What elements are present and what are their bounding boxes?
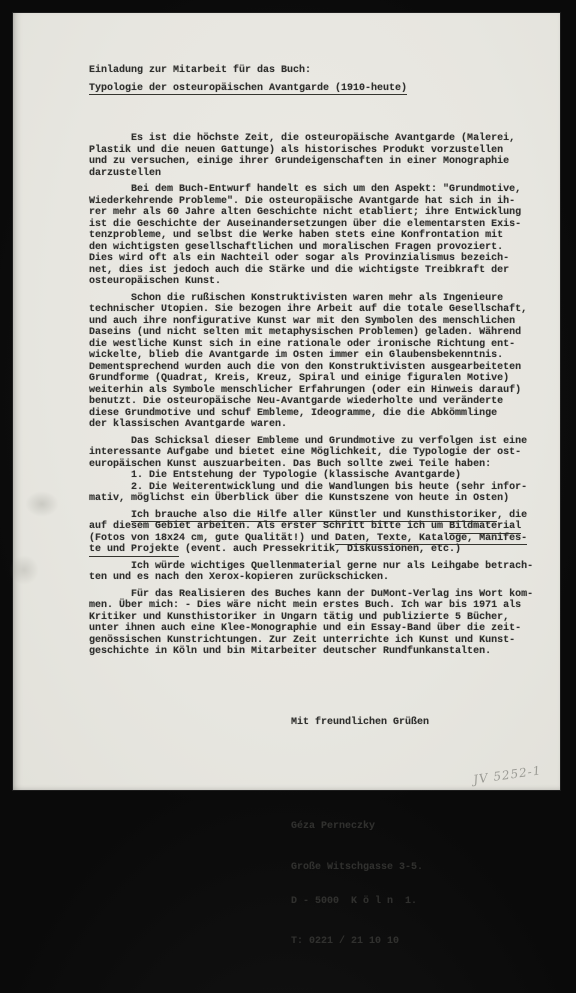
text-segment: Schon die rußischen Konstruktivisten war… [89,293,503,304]
text-line: Bei dem Buch-Entwurf handelt es sich um … [89,184,542,196]
text-line: benutzt. Die osteuropäische Neu-Avantgar… [89,396,542,408]
text-line: und auch ihre nonfigurative Kunst war mi… [89,316,542,328]
text-segment: Dies wird oft als ein Nachteil oder soga… [89,253,509,264]
text-line: Das Schicksal dieser Embleme und Grundmo… [89,436,542,448]
underlined-text: Bildmaterial [449,521,521,534]
text-segment: den wichtigsten gesellschaftlichen und m… [89,242,503,253]
paragraph: Es ist die höchste Zeit, die osteuropäis… [89,133,542,179]
text-line: rer mehr als 60 Jahre alten Geschichte n… [89,207,542,219]
text-segment: und zu versuchen, einige ihrer Grundeige… [89,156,509,167]
text-line: geschichte in Köln und bin Mitarbeiter d… [89,646,542,658]
text-line: weiterhin als Symbole menschlicher Erfah… [89,385,542,397]
text-segment: (event. auch Pressekritik, Diskussionen,… [179,544,461,555]
text-line: genössischen Kunstrichtungen. Zur Zeit u… [89,635,542,647]
text-segment: europäischen Kunst auszuarbeiten. Das Bu… [89,459,491,470]
text-line: Dies wird oft als ein Nachteil oder soga… [89,253,542,265]
text-segment: ten und es nach den Xerox-kopieren zurüc… [89,572,389,583]
text-segment: , die [497,510,527,521]
text-line: darzustellen [89,168,542,180]
text-segment: diese Grundmotive und schuf Embleme, Ide… [89,408,497,419]
text-line: Typologie der osteuropäischen Avantgarde… [89,83,542,95]
text-line: technischer Utopien. Sie bezogen ihre Ar… [89,304,542,316]
text-segment: Daseins (und nicht selten mit metaphysis… [89,327,521,338]
text-segment: auf diesem Gebiet arbeiten. Als erster S… [89,521,449,532]
text-line: net, dies ist jedoch auch die Stärke und… [89,265,542,277]
typewritten-content: Einladung zur Mitarbeit für das Buch:Typ… [89,42,542,800]
text-segment: Plastik und die neuen Gattunge) als hist… [89,145,503,156]
text-segment: Grundforme (Quadrat, Kreis, Kreuz, Spira… [89,373,509,384]
text-line: unter ihnen auch eine Klee-Monographie u… [89,623,542,635]
text-line: diese Grundmotive und schuf Embleme, Ide… [89,408,542,420]
text-segment: net, dies ist jedoch auch die Stärke und… [89,265,509,276]
paragraph: Das Schicksal dieser Embleme und Grundmo… [89,436,542,505]
text-line: interessante Aufgabe und bietet eine Mög… [89,447,542,459]
text-line: Dementsprechend wurden auch die von den … [89,362,542,374]
text-segment: interessante Aufgabe und bietet eine Mög… [89,447,521,458]
text-line: Einladung zur Mitarbeit für das Buch: [89,65,542,77]
document-body: Es ist die höchste Zeit, die osteuropäis… [89,133,542,658]
scan-background: { "document": { "header_lines": [ [ {"t"… [0,0,576,800]
text-segment: darzustellen [89,168,161,179]
text-line: 2. Die Weiterentwicklung und die Wandlun… [89,482,542,494]
text-line: Es ist die höchste Zeit, die osteuropäis… [89,133,542,145]
paragraph: Ich brauche also die Hilfe aller Künstle… [89,510,542,556]
text-segment: mativ, möglichst ein Überblick über die … [89,493,509,504]
text-segment: Für das Realisieren des Buches kann der … [89,589,533,600]
text-segment: men. Über mich: - Dies wäre nicht mein e… [89,600,521,611]
text-line: der klassischen Avantgarde waren. [89,419,542,431]
text-line: Daseins (und nicht selten mit metaphysis… [89,327,542,339]
text-segment: weiterhin als Symbole menschlicher Erfah… [89,385,521,396]
text-line: ist die Geschichte der Auseinandersetzun… [89,219,542,231]
text-line: auf diesem Gebiet arbeiten. Als erster S… [89,521,542,533]
text-line: te und Projekte (event. auch Pressekriti… [89,544,542,556]
text-segment: wickelte, blieb die Avantgarde im Osten … [89,350,503,361]
text-line: Wiederkehrende Probleme". Die osteuropäi… [89,196,542,208]
text-line: Kritiker und Kunsthistoriker in Ungarn t… [89,612,542,624]
text-line: osteuropäischen Kunst. [89,276,542,288]
text-segment: 1. Die Entstehung der Typologie (klassis… [89,470,461,481]
paragraph: Ich würde wichtiges Quellenmaterial gern… [89,561,542,584]
text-segment: (Fotos von 18x24 cm, gute Qualität!) und [89,533,335,544]
text-line: europäischen Kunst auszuarbeiten. Das Bu… [89,459,542,471]
text-line: ten und es nach den Xerox-kopieren zurüc… [89,572,542,584]
text-segment: genössischen Kunstrichtungen. Zur Zeit u… [89,635,515,646]
text-segment [89,510,131,521]
text-line: mativ, möglichst ein Überblick über die … [89,493,542,505]
text-segment: geschichte in Köln und bin Mitarbeiter d… [89,646,491,657]
text-line: Ich würde wichtiges Quellenmaterial gern… [89,561,542,573]
paragraph: Für das Realisieren des Buches kann der … [89,589,542,658]
text-line: (Fotos von 18x24 cm, gute Qualität!) und… [89,533,542,545]
text-segment: Wiederkehrende Probleme". Die osteuropäi… [89,196,515,207]
text-segment: Einladung zur Mitarbeit für das Buch: [89,65,311,76]
text-line: und zu versuchen, einige ihrer Grundeige… [89,156,542,168]
text-line: die westliche Kunst sich in eine rationa… [89,339,542,351]
text-segment: ist die Geschichte der Auseinandersetzun… [89,219,521,230]
text-line: Für das Realisieren des Buches kann der … [89,589,542,601]
text-segment: tenzprobleme, und selbst die Werke haben… [89,230,503,241]
text-segment: technischer Utopien. Sie bezogen ihre Ar… [89,304,527,315]
text-line: Schon die rußischen Konstruktivisten war… [89,293,542,305]
bleed-through-smudge [25,491,59,517]
text-line: Plastik und die neuen Gattunge) als hist… [89,145,542,157]
underlined-text: te und Projekte [89,544,179,557]
paragraph: Schon die rußischen Konstruktivisten war… [89,293,542,431]
text-segment: unter ihnen auch eine Klee-Monographie u… [89,623,521,634]
text-segment: 2. Die Weiterentwicklung und die Wandlun… [89,482,527,493]
text-segment: der klassischen Avantgarde waren. [89,419,287,430]
text-line: 1. Die Entstehung der Typologie (klassis… [89,470,542,482]
text-line: Grundforme (Quadrat, Kreis, Kreuz, Spira… [89,373,542,385]
text-line: wickelte, blieb die Avantgarde im Osten … [89,350,542,362]
text-line: men. Über mich: - Dies wäre nicht mein e… [89,600,542,612]
underlined-text: Typologie der osteuropäischen Avantgarde… [89,83,407,96]
text-segment: rer mehr als 60 Jahre alten Geschichte n… [89,207,521,218]
text-line: Ich brauche also die Hilfe aller Künstle… [89,510,542,522]
text-segment: Es ist die höchste Zeit, die osteuropäis… [89,133,515,144]
text-segment: und auch ihre nonfigurative Kunst war mi… [89,316,515,327]
document-header: Einladung zur Mitarbeit für das Buch:Typ… [89,65,542,94]
text-segment: benutzt. Die osteuropäische Neu-Avantgar… [89,396,503,407]
text-segment: Ich würde wichtiges Quellenmaterial gern… [89,561,533,572]
text-segment: Dementsprechend wurden auch die von den … [89,362,521,373]
document-page: Einladung zur Mitarbeit für das Buch:Typ… [13,13,560,790]
closing-salutation: Mit freundlichen Grüßen [291,717,542,729]
text-segment: Kritiker und Kunsthistoriker in Ungarn t… [89,612,509,623]
text-segment: osteuropäischen Kunst. [89,276,221,287]
bleed-through-smudge [9,555,39,585]
text-segment: Das Schicksal dieser Embleme und Grundmo… [89,436,527,447]
text-line: tenzprobleme, und selbst die Werke haben… [89,230,542,242]
text-line: den wichtigsten gesellschaftlichen und m… [89,242,542,254]
text-segment: Bei dem Buch-Entwurf handelt es sich um … [89,184,521,195]
paragraph: Bei dem Buch-Entwurf handelt es sich um … [89,184,542,288]
text-segment: die westliche Kunst sich in eine rationa… [89,339,515,350]
